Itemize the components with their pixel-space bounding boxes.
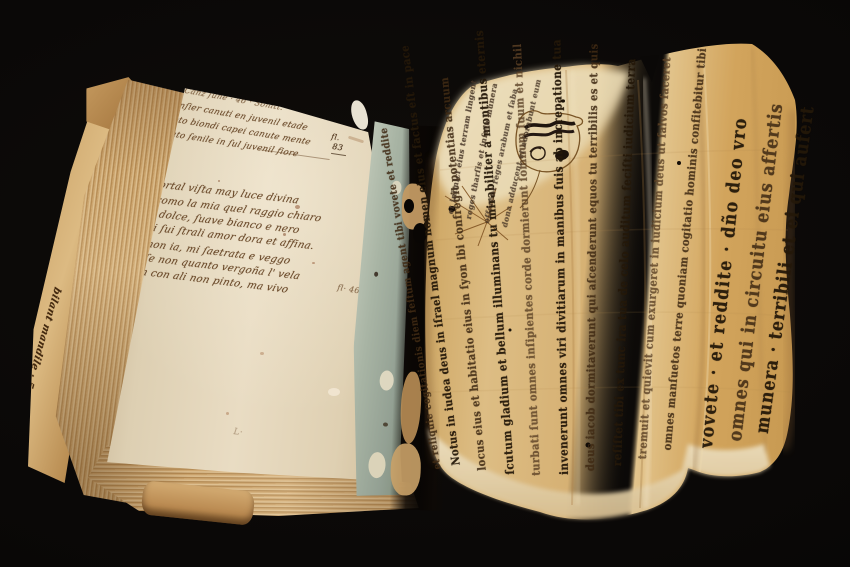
manuscript-photo: ſtir · ttr · bilant mandile · 5 z Canz ſ… [0,0,850,567]
wormhole [677,161,681,165]
wormhole [404,199,414,213]
wormhole [509,329,512,332]
